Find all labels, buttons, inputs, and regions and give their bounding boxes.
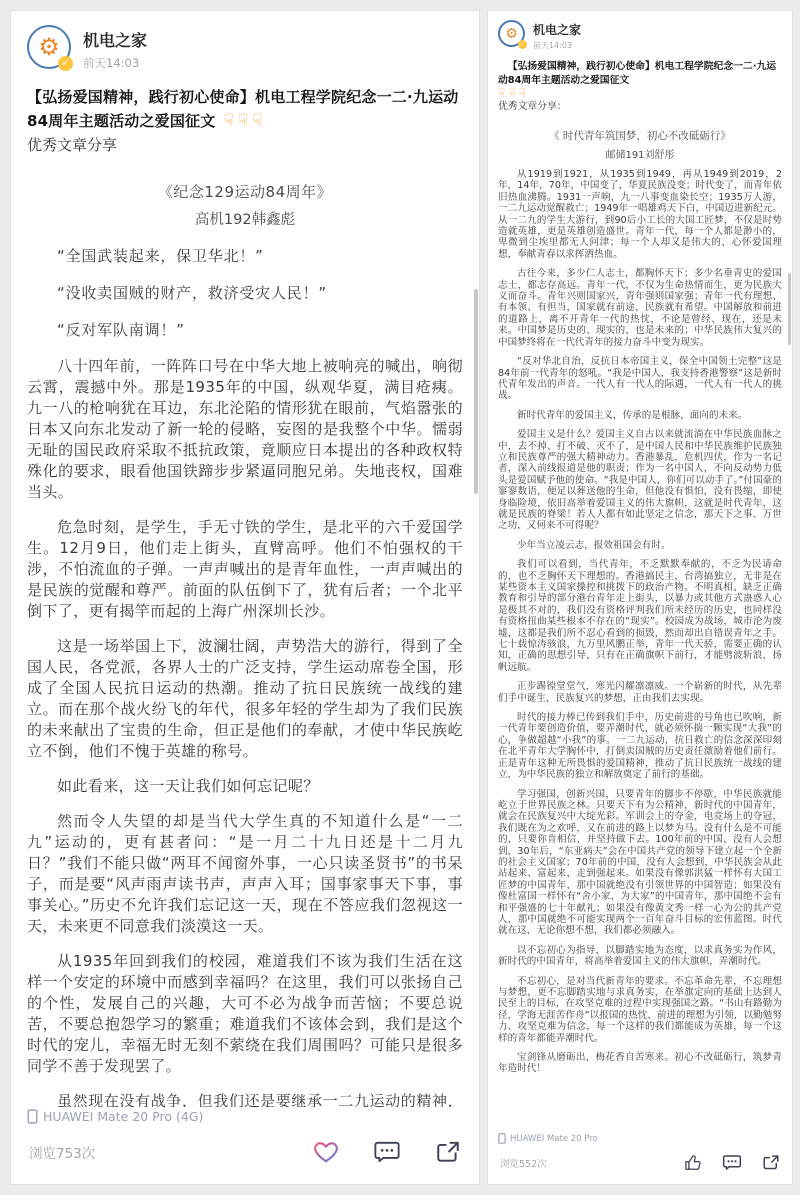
paragraph: 八十四年前，一阵阵口号在中华大地上被响亮的喊出，响彻云霄，震撼中外。那是1935… bbox=[27, 356, 463, 503]
post-title: 【弘扬爱国精神，践行初心使命】机电工程学院纪念一二·九运动84周年主题活动之爱国… bbox=[27, 85, 463, 133]
footer-actions bbox=[684, 1154, 780, 1171]
footer-actions bbox=[313, 1140, 461, 1164]
post-title: 【弘扬爱国精神，践行初心使命】机电工程学院纪念一二·九运动84周年主题活动之爱国… bbox=[498, 60, 782, 87]
paragraph: “反对军队南调！” bbox=[27, 319, 463, 340]
account-avatar[interactable]: ⚙ ✓ bbox=[498, 20, 525, 47]
paragraph: 危急时刻，是学生，手无寸铁的学生，是北平的六千爱国学生。12月9日，他们走上街头… bbox=[27, 517, 463, 622]
paragraph: 古往今来，多少仁人志士，都胸怀天下；多少名垂青史的爱国志士，都志存高远。青年一代… bbox=[498, 268, 782, 348]
article-author: 高机192韩鑫彪 bbox=[27, 208, 463, 229]
post-content-right: ⚙ ✓ 机电之家 前天14:03 【弘扬爱国精神，践行初心使命】机电工程学院纪念… bbox=[498, 20, 782, 1133]
post-card-left: ⚙ ✓ 机电之家 前天14:03 【弘扬爱国精神，践行初心使命】机电工程学院纪念… bbox=[10, 10, 480, 1185]
screenshot-root: { "icons": { "gear": "⚙", "check": "✓", … bbox=[0, 0, 800, 1195]
account-name[interactable]: 机电之家 bbox=[533, 20, 581, 38]
gear-logo-icon: ⚙ bbox=[505, 27, 518, 41]
share-intro-line: 优秀文章分享： bbox=[498, 100, 782, 114]
verified-badge-icon: ✓ bbox=[58, 56, 73, 71]
scrollbar-thumb[interactable] bbox=[788, 273, 791, 345]
account-name[interactable]: 机电之家 bbox=[83, 25, 147, 51]
paragraph: 如此看来，这一天让我们如何忘记呢？ bbox=[27, 776, 463, 797]
scrollbar-thumb[interactable] bbox=[474, 289, 478, 494]
paragraph: 以不忘初心为指导，以脚踏实地为态度，以求真务实为作风，新时代的中国青年，将高举着… bbox=[498, 945, 782, 968]
comment-icon[interactable] bbox=[373, 1140, 401, 1164]
post-timestamp: 前天14:03 bbox=[83, 55, 147, 71]
comment-icon[interactable] bbox=[722, 1154, 742, 1171]
article-author: 邮储191刘舒彤 bbox=[498, 146, 782, 161]
paragraph: 虽然现在没有战争，但我们还是要继承一二九运动的精神，把无限的激情投入到学习中，要… bbox=[27, 1091, 463, 1107]
share-intro-line: 优秀文章分享 bbox=[27, 133, 463, 157]
article-title: 《 时代青年筑国梦，初心不改砥砺行》 bbox=[498, 128, 782, 143]
article-title: 《纪念129运动84周年》 bbox=[27, 181, 463, 202]
paragraph: 然而令人失望的却是当代大学生真的不知道什么是“一二九”运动的，更有甚者问：“是一… bbox=[27, 811, 463, 937]
view-count: 浏览552次 bbox=[500, 1156, 547, 1170]
paragraph: 少年当立凌云志，报效祖国会有时。 bbox=[498, 540, 782, 551]
pointing-down-emoji: ☟☟☟ bbox=[498, 87, 782, 100]
paragraph: 爱国主义是什么？爱国主义自古以来就流淌在中华民族血脉之中，去不掉、打不破、灭不了… bbox=[498, 429, 782, 532]
paragraph: 从1919到1921，从1935到1949，再从1949到2019，2年，14年… bbox=[498, 169, 782, 260]
device-tag-row: HUAWEI Mate 20 Pro (4G) bbox=[27, 1107, 463, 1124]
post-header[interactable]: ⚙ ✓ 机电之家 前天14:03 bbox=[27, 25, 463, 71]
header-texts: 机电之家 前天14:03 bbox=[533, 20, 581, 51]
article-slogans: “全国武装起来，保卫华北！”“没收卖国贼的财产，救济受灾人民！”“反对军队南调！… bbox=[27, 245, 463, 340]
article-body: 八十四年前，一阵阵口号在中华大地上被响亮的喊出，响彻云霄，震撼中外。那是1935… bbox=[27, 356, 463, 1107]
gear-logo-icon: ⚙ bbox=[38, 35, 60, 59]
paragraph: “反对华北自治，反抗日本帝国主义，保全中国领土完整”这是84年前一代青年的怒吼。… bbox=[498, 356, 782, 402]
phone-icon bbox=[27, 1109, 38, 1124]
article-body: 从1919到1921，从1935到1949，再从1949到2019，2年，14年… bbox=[498, 169, 782, 1075]
post-footer: 浏览552次 bbox=[498, 1144, 782, 1184]
paragraph: 新时代青年的爱国主义，传承的是根脉，面向的未来。 bbox=[498, 410, 782, 421]
paragraph: “全国武装起来，保卫华北！” bbox=[27, 245, 463, 266]
paragraph: 从1935年回到我们的校园，难道我们不该为我们生活在这样一个安定的环境中而感到幸… bbox=[27, 951, 463, 1077]
post-footer: 浏览753次 bbox=[27, 1124, 463, 1184]
paragraph: 我们可以看到，当代青年，不乏默默奉献的，不乏为民请命的，也不乏胸怀天下理想的。香… bbox=[498, 559, 782, 673]
paragraph: 时代的接力棒已传到我们手中，历史前进的号角也已吹响，新一代青年要创造价值，要弄潮… bbox=[498, 712, 782, 780]
post-timestamp: 前天14:03 bbox=[533, 40, 581, 51]
post-content-left: ⚙ ✓ 机电之家 前天14:03 【弘扬爱国精神，践行初心使命】机电工程学院纪念… bbox=[27, 25, 463, 1107]
header-texts: 机电之家 前天14:03 bbox=[83, 25, 147, 71]
paragraph: 不忘初心，是对当代新青年的要求。不忘革命先辈，不忘理想与梦想，更不忘脚踏实地与求… bbox=[498, 976, 782, 1044]
device-tag: HUAWEI Mate 20 Pro bbox=[510, 1134, 598, 1144]
view-count: 浏览753次 bbox=[29, 1142, 95, 1162]
verified-badge-icon: ✓ bbox=[518, 40, 527, 49]
post-card-right: ⚙ ✓ 机电之家 前天14:03 【弘扬爱国精神，践行初心使命】机电工程学院纪念… bbox=[487, 10, 793, 1185]
device-tag: HUAWEI Mate 20 Pro (4G) bbox=[43, 1109, 203, 1124]
share-icon[interactable] bbox=[762, 1154, 780, 1171]
paragraph: 正步踢镗堂堂气，寒光闪耀凛凛威。一个崭新的时代，从先辈们手中诞生，民族复兴的梦想… bbox=[498, 681, 782, 704]
paragraph: “没收卖国贼的财产，救济受灾人民！” bbox=[27, 282, 463, 303]
paragraph: 学习强国，创新兴国，只要青年的脚步不停歇，中华民族就能屹立于世界民族之林。只要天… bbox=[498, 789, 782, 937]
like-heart-icon[interactable] bbox=[313, 1140, 339, 1164]
like-thumb-icon[interactable] bbox=[684, 1154, 702, 1171]
post-header[interactable]: ⚙ ✓ 机电之家 前天14:03 bbox=[498, 20, 782, 51]
phone-icon bbox=[498, 1133, 506, 1144]
paragraph: 这是一场举国上下，波澜壮阔，声势浩大的游行，得到了全国人民，各党派，各界人士的广… bbox=[27, 636, 463, 762]
account-avatar[interactable]: ⚙ ✓ bbox=[27, 25, 71, 69]
share-icon[interactable] bbox=[435, 1140, 461, 1164]
pointing-down-emoji: ☟☟☟ bbox=[223, 111, 266, 131]
device-tag-row: HUAWEI Mate 20 Pro bbox=[498, 1133, 782, 1144]
paragraph: 宝剑锋从磨砺出，梅花香自苦寒来。初心不改砥砺行，筑梦青年造时代！ bbox=[498, 1052, 782, 1075]
